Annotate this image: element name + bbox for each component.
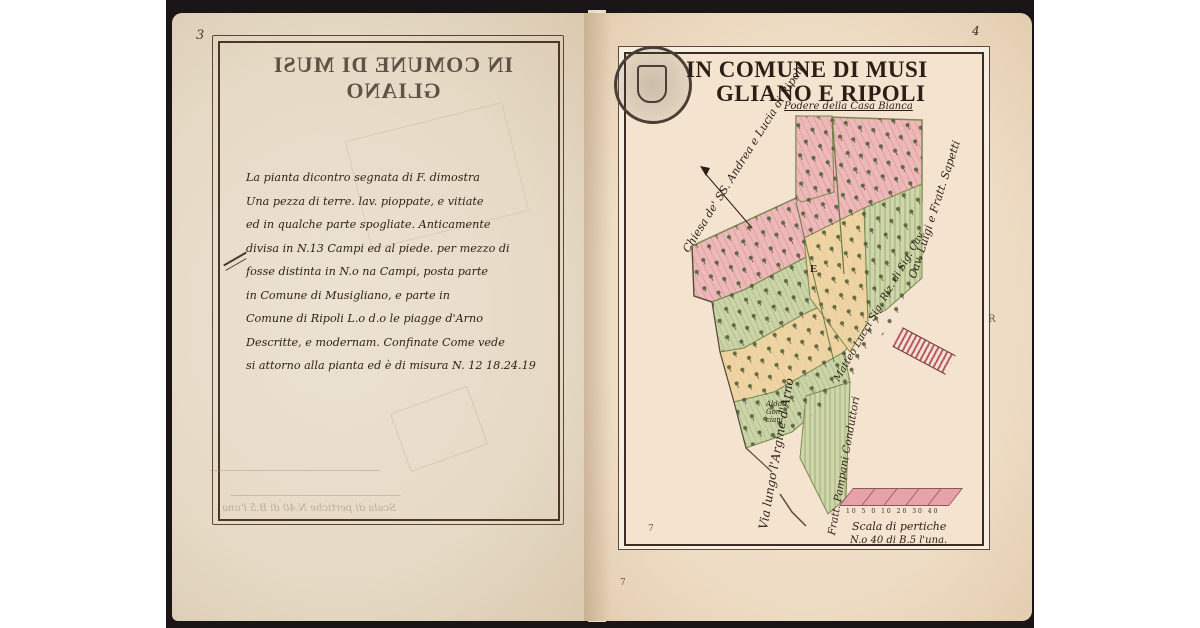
left-page-number: 3 (196, 28, 204, 43)
boundary-label-aldob: Aldob. Gon. ciani (766, 400, 786, 424)
description-line: La pianta dicontro segnata di F. dimostr… (246, 166, 576, 190)
scale-label: Scala di pertiche (852, 520, 946, 533)
margin-mark-r: R (988, 314, 996, 325)
description-line: Comune di Ripoli L.o d.o le piagge d'Arn… (246, 307, 576, 331)
scale-bar (839, 488, 963, 506)
mirrored-bleed-through-title: IN COMUNE DI MUSI GLIANO (258, 52, 528, 104)
description-line: fosse distinta in N.o na Campi, posta pa… (246, 260, 576, 284)
manuscript-scan: 3 IN COMUNE DI MUSI GLIANO Scala di pert… (166, 0, 1034, 628)
description-line: divisa in N.13 Campi ed al piede. per me… (246, 237, 576, 261)
scale-ticks: 10 5 0 10 20 30 40 (846, 508, 939, 515)
scale-label-units: N.o 40 di B.5 l'una. (850, 535, 947, 546)
bleed-through-scale-text: Scala di pertiche N.40 di B.5 l'una (222, 503, 396, 514)
description-text: La pianta dicontro segnata di F. dimostr… (246, 166, 576, 378)
bleed-through-scale-bar (209, 470, 401, 496)
description-line: ed in qualche parte spogliate. Anticamen… (246, 213, 576, 237)
description-line: si attorno alla pianta ed è di misura N.… (246, 354, 576, 378)
margin-mark-7: 7 (648, 524, 654, 534)
description-line: Una pezza di terre. lav. pioppate, e vit… (246, 190, 576, 214)
cadastral-map-drawing: E (624, 52, 980, 542)
margin-mark-7: 7 (620, 578, 626, 588)
right-page-gutter-shadow (584, 13, 612, 621)
description-line: Descritte, e modernam. Confinate Come ve… (246, 331, 576, 355)
svg-text:E: E (810, 263, 817, 275)
right-page-number: 4 (972, 24, 980, 38)
description-line: in Comune di Musigliano, e parte in (246, 284, 576, 308)
